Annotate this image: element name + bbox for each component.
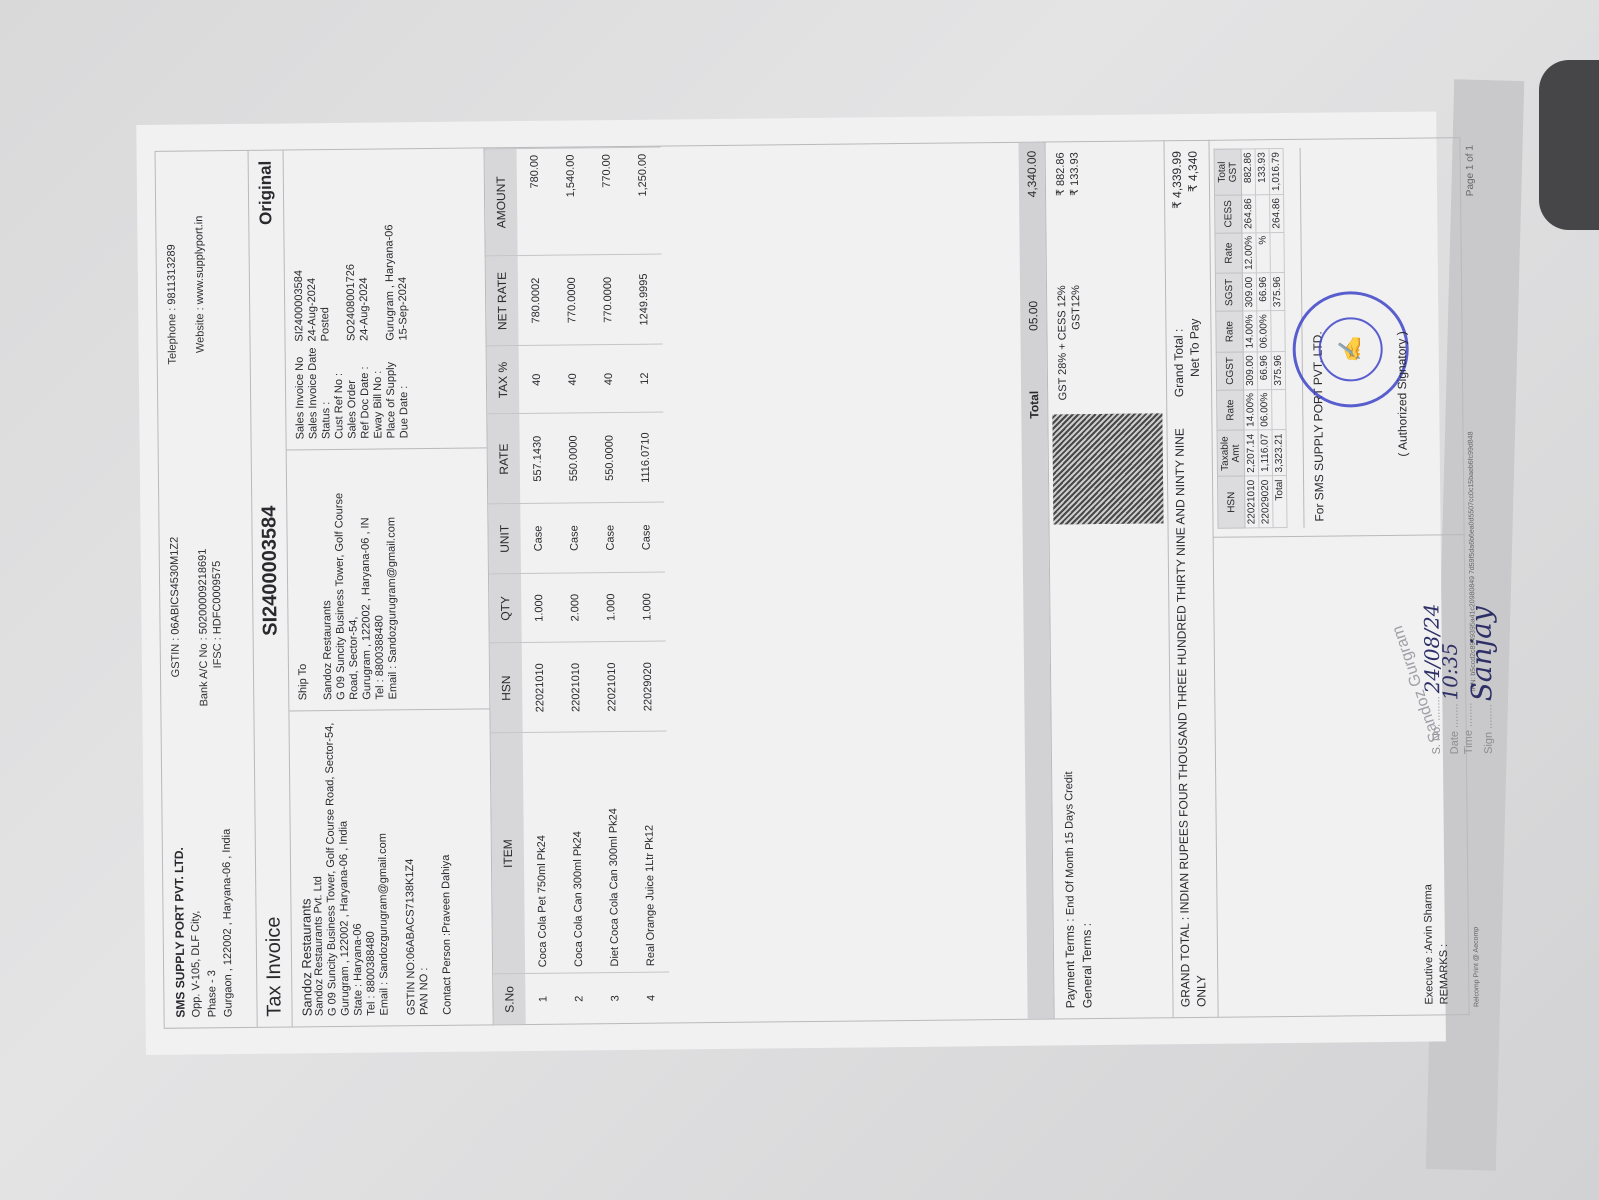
tax-cell: 2,207.14 (1244, 430, 1258, 476)
column-header: QTY (489, 573, 522, 643)
meta-label: Ref Doc Date : (359, 341, 373, 439)
table-cell: Case (592, 503, 629, 573)
tax-cell: 14.00% (1244, 389, 1258, 430)
bill-to-pan: PAN NO : (416, 720, 432, 1015)
bill-to-contact: Contact Person :Praveen Dahiya (439, 720, 455, 1015)
signature-box: For SMS SUPPLY PORT PVT. LTD. ✍ ( Author… (1300, 147, 1425, 528)
table-cell: Case (520, 504, 557, 574)
executive-block: Executive :Arvin Sharma REMARKS : (1421, 884, 1452, 1005)
tax-cell: Total (1272, 476, 1287, 528)
ifsc-value: HDFC0009575 (211, 561, 224, 634)
tax-summary-body: 220210102,207.1414.00%309.0014.00%309.00… (1241, 149, 1287, 528)
tax-cell: 22029020 (1259, 476, 1274, 528)
tax-column-header: Taxable Amt (1217, 430, 1244, 476)
tax-cell: 66.96 (1257, 352, 1271, 390)
tax-cell: 264.86 (1270, 194, 1284, 232)
table-cell: 3 (597, 973, 634, 1023)
meta-value (370, 219, 384, 341)
grand-total-value: ₹ 4,339.99 (1169, 151, 1186, 209)
tax-cell: 22021010 (1245, 476, 1260, 528)
table-cell: 22021010 (594, 642, 631, 732)
bank-value: 50200009218691 (197, 549, 210, 635)
meta-value: 24-Aug-2024 (305, 219, 319, 341)
meta-label: Eway Bill No : (372, 341, 386, 439)
tax-cell: 375.96 (1271, 352, 1285, 390)
tax-column-header: Rate (1216, 311, 1243, 352)
invoice-page: SMS SUPPLY PORT PVT. LTD. Opp. V-105, DL… (136, 111, 1446, 1055)
qr-code (1052, 413, 1163, 524)
meta-value: SO2408001726 (344, 219, 358, 341)
table-cell: 2.000 (557, 573, 594, 643)
amount-in-words: GRAND TOTAL : INDIAN RUPEES FOUR THOUSAN… (1167, 407, 1217, 1017)
tax-cell: 882.86 (1241, 149, 1255, 195)
tax-summary-header: HSNTaxable AmtRateCGSTRateSGSTRateCESSTo… (1214, 149, 1245, 528)
column-header: NET RATE (486, 256, 519, 346)
meta-label: Status : (320, 341, 334, 439)
invoice-number: SI2400003584 (258, 506, 282, 636)
tax-cell: 06.00% (1258, 389, 1272, 430)
column-header: HSN (490, 643, 523, 733)
items-total-label: Total (1027, 391, 1041, 419)
table-cell: 1,250.00 (625, 147, 662, 255)
table-cell: 40 (591, 345, 628, 413)
column-header: ITEM (491, 733, 526, 974)
column-header: AMOUNT (485, 149, 518, 257)
gstin-value: 06ABICS4530M1Z2 (169, 537, 182, 635)
grand-total-block: Grand Total : Net To Pay ₹ 4,339.99 ₹ 4,… (1164, 141, 1211, 407)
meta-label: Sales Invoice No (294, 342, 308, 440)
tax-cell (1271, 311, 1285, 352)
tax-column-header: CGST (1216, 352, 1243, 390)
meta-value: Posted (318, 219, 332, 341)
payment-terms-label: Payment Terms : (1063, 918, 1078, 1008)
tax-cell: 1,016.79 (1269, 149, 1283, 195)
tax-cell (1272, 389, 1286, 430)
page-number: Page 1 of 1 (1465, 145, 1477, 196)
tax-cell: 309.00 (1243, 352, 1257, 390)
ship-to-address-1: G 09 Suncity Business Tower, Golf Course (333, 460, 349, 700)
column-header: S.No (493, 974, 526, 1024)
tax-cell: 375.96 (1270, 273, 1284, 311)
table-cell: Coca Cola Pet 750ml Pk24 (523, 732, 562, 973)
net-to-pay-label: Net To Pay (1186, 318, 1203, 377)
invoice-page-rotated: SMS SUPPLY PORT PVT. LTD. Opp. V-105, DL… (136, 111, 1446, 1055)
ship-to: Ship To Sandoz Restaurants G 09 Suncity … (287, 447, 490, 710)
tax-cell: 14.00% (1243, 311, 1257, 352)
table-cell: Case (628, 502, 665, 572)
ship-to-heading: Ship To (295, 460, 311, 700)
executive-name: Executive :Arvin Sharma (1421, 884, 1437, 1005)
tax-line-1-value: ₹ 882.86 (1054, 152, 1068, 196)
table-cell: 1249.9995 (626, 254, 663, 344)
left-footer: Executive :Arvin Sharma REMARKS : (1214, 534, 1469, 1017)
tax-cell (1256, 195, 1270, 233)
copy-label: Original (256, 161, 277, 225)
table-cell: 22029020 (630, 642, 667, 732)
column-header: RATE (487, 414, 520, 504)
table-cell: Diet Coca Cola Can 300ml Pk24 (595, 732, 634, 973)
meta-label: Sales Order (346, 341, 360, 439)
meta-label: Cust Ref No : (333, 341, 347, 439)
table-cell: 780.00 (517, 148, 554, 256)
website-value: www.supplyport.in (193, 216, 206, 305)
company-contact: Telephone : 9811313289 Website : www.sup… (156, 151, 251, 408)
ship-to-email: Email : Sandozgurugram@gmail.com (385, 459, 401, 699)
company-seal: ✍ (1292, 291, 1409, 408)
tax-cell: 133.93 (1255, 149, 1269, 195)
tax-cell: 3,323.21 (1272, 430, 1286, 476)
table-cell: 550.0000 (555, 413, 592, 503)
grand-total-label: Grand Total : (1170, 319, 1187, 398)
tax-row: Total3,323.21375.96375.96264.861,016.79 (1269, 149, 1287, 528)
tax-column-header: HSN (1218, 476, 1246, 528)
tax-column-header: Rate (1215, 233, 1242, 274)
table-cell: Case (556, 503, 593, 573)
table-cell: 12 (627, 344, 664, 412)
table-cell: 40 (519, 345, 556, 413)
table-cell: 40 (555, 345, 592, 413)
telephone-label: Telephone : (165, 308, 180, 398)
tax-and-signature-section: Executive :Arvin Sharma REMARKS : HSNTax… (1209, 137, 1469, 1018)
net-to-pay-value: ₹ 4,340 (1185, 151, 1202, 209)
seal-logo-icon: ✍ (1318, 317, 1383, 382)
company-block: SMS SUPPLY PORT PVT. LTD. Opp. V-105, DL… (162, 737, 257, 1028)
table-cell: 1116.0710 (627, 412, 664, 502)
table-cell: Coca Cola Can 300ml Pk24 (559, 732, 598, 973)
tax-column-header: SGST (1215, 273, 1242, 311)
invoice-meta-table: Sales Invoice NoSI2400003584Sales Invoic… (292, 218, 411, 439)
tax-lines: GST 28% + CESS 12% GST12% ₹ 882.86 ₹ 133… (1045, 141, 1166, 410)
meta-value: 15-Sep-2024 (396, 218, 410, 340)
items-total-qty: 05.00 (1026, 301, 1040, 331)
table-cell: 22021010 (558, 642, 595, 732)
company-address-3: Gurgaon , 122002 , Haryana-06 , India (218, 747, 237, 1017)
website-label: Website : (193, 307, 208, 397)
meta-label: Place of Supply (385, 341, 399, 439)
meta-row: Place of SupplyGurugram , Haryana-06 (383, 218, 398, 438)
tax-column-header: Total GST (1214, 149, 1241, 195)
items-table: S.NoITEMHSNQTYUNITRATETAX %NET RATEAMOUN… (485, 147, 670, 1025)
meta-value: 24-Aug-2024 (357, 219, 371, 341)
tax-cell: 264.86 (1242, 195, 1256, 233)
tax-column-header: Rate (1217, 390, 1244, 431)
company-header: SMS SUPPLY PORT PVT. LTD. Opp. V-105, DL… (155, 150, 258, 1029)
table-cell: 780.0002 (518, 255, 555, 345)
tax-cell: % (1256, 232, 1270, 273)
meta-value: Gurugram , Haryana-06 (383, 218, 397, 340)
payment-terms-value: End Of Month 15 Days Credit (1063, 771, 1077, 915)
items-body: 1Coca Cola Pet 750ml Pk24220210101.000Ca… (517, 147, 670, 1024)
table-cell: 1,540.00 (553, 148, 590, 256)
meta-value (331, 219, 345, 341)
table-cell: 550.0000 (591, 413, 628, 503)
stamp-sign-label: Sign (1483, 732, 1495, 754)
column-header: UNIT (488, 504, 521, 574)
tax-cell: 06.00% (1257, 311, 1271, 352)
table-cell: 1 (525, 974, 562, 1024)
table-cell: 557.1430 (519, 414, 556, 504)
invoice-meta: Sales Invoice NoSI2400003584Sales Invoic… (284, 148, 487, 449)
table-cell: 22021010 (522, 643, 559, 733)
bill-to: Sandoz Restaurants Sandoz Restaurants Pv… (289, 708, 492, 1026)
table-cell: 1.000 (593, 572, 630, 642)
tax-cell: 66.96 (1256, 273, 1270, 311)
table-cell: 2 (561, 973, 598, 1023)
tax-line-1-label: GST 28% + CESS 12% (1055, 285, 1070, 400)
table-cell: 770.0000 (554, 255, 591, 345)
table-cell: 770.0000 (590, 255, 627, 345)
table-cell: 1.000 (521, 573, 558, 643)
tax-cell (1270, 232, 1284, 273)
tax-cell: 309.00 (1242, 273, 1256, 311)
meta-row: Due Date :15-Sep-2024 (396, 218, 411, 438)
terms-section: Payment Terms : End Of Month 15 Days Cre… (1045, 140, 1173, 1019)
bank-label: Bank A/C No : (197, 637, 212, 727)
company-tax-bank: GSTIN : 06ABICS4530M1Z2 Bank A/C No : 50… (158, 407, 253, 738)
remarks-label: REMARKS : (1436, 884, 1452, 1005)
tax-column-header: CESS (1215, 195, 1242, 233)
table-cell: 4 (633, 972, 670, 1022)
ifsc-label: IFSC : (211, 637, 226, 727)
authorized-signatory: ( Authorized Signatory ) (1394, 331, 1409, 457)
terms-block: Payment Terms : End Of Month 15 Days Cre… (1050, 527, 1173, 1018)
gstin-label: GSTIN : (169, 638, 184, 728)
background-object (1539, 60, 1599, 230)
items-section: S.NoITEMHSNQTYUNITRATETAX %NET RATEAMOUN… (485, 142, 1055, 1026)
tax-cell: 12.00% (1242, 232, 1256, 273)
meta-label: Sales Invoice Date (307, 341, 321, 439)
bill-to-email: Email : Sandozgurugram@gmail.com (376, 720, 392, 1015)
telephone-value: 9811313289 (166, 244, 179, 304)
tax-line-2-value: ₹ 133.93 (1068, 152, 1082, 196)
document-type: Tax Invoice (262, 916, 286, 1016)
table-cell: 770.00 (589, 147, 626, 255)
meta-value: SI2400003584 (292, 219, 306, 341)
handwritten-signature: Sanjay (1464, 606, 1498, 701)
items-total-amount: 4,340.00 (1025, 151, 1039, 198)
table-cell: Real Orange Juice 1Ltr Pk12 (631, 731, 670, 972)
tax-cell: 1,116.07 (1258, 430, 1272, 476)
table-cell: 1.000 (629, 572, 666, 642)
software-credit: Relcomp Print @ Aecomp (1473, 927, 1485, 1007)
meta-label: Due Date : (398, 340, 412, 438)
column-header: TAX % (487, 346, 520, 414)
parties-section: Sandoz Restaurants Sandoz Restaurants Pv… (284, 147, 494, 1027)
tax-summary-table: HSNTaxable AmtRateCGSTRateSGSTRateCESSTo… (1214, 148, 1288, 529)
tax-line-2-label: GST12% (1069, 285, 1084, 400)
